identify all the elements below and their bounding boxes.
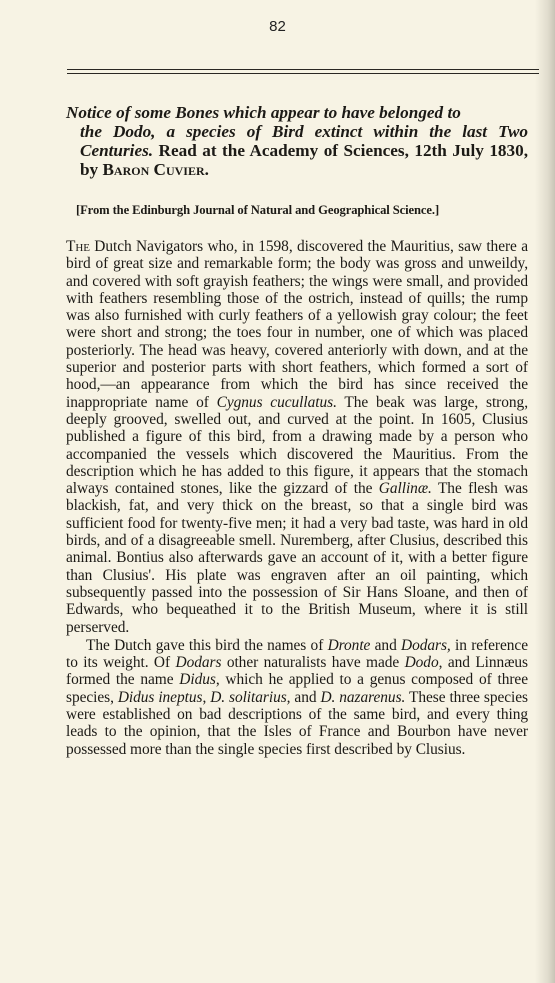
book-page: 82 Notice of some Bones which appear to …	[0, 0, 555, 983]
text-segment: Dodars,	[401, 637, 451, 654]
page-number: 82	[0, 18, 555, 35]
text-segment: The flesh was blackish, fat, and very th…	[66, 480, 528, 635]
article-title: Notice of some Bones which appear to hav…	[66, 103, 528, 179]
text-segment: Didus	[179, 671, 216, 688]
text-segment: Cygnus cucullatus.	[217, 394, 337, 411]
text-segment: The	[66, 238, 90, 255]
text-segment: Didus ineptus	[118, 689, 203, 706]
text-segment: Dodars	[176, 654, 222, 671]
text-segment: Dutch Navigators who, in 1598, discovere…	[66, 238, 528, 411]
header-rule-thick	[67, 69, 539, 70]
article-body: The Dutch Navigators who, in 1598, disco…	[66, 238, 528, 758]
author-name: Baron Cuvier.	[102, 160, 208, 179]
source-citation: [From the Edinburgh Journal of Natural a…	[76, 203, 536, 218]
paragraph-2: The Dutch gave this bird the names of Dr…	[66, 637, 528, 758]
text-segment: and	[290, 689, 320, 706]
header-rule-thin	[67, 73, 539, 74]
title-line-1: Notice of some Bones which appear to hav…	[66, 103, 528, 122]
text-segment: Dronte	[328, 637, 371, 654]
text-segment: Dodo	[405, 654, 439, 671]
text-segment: and	[370, 637, 401, 654]
title-continuation: the Dodo, a species of Bird extinct with…	[66, 122, 528, 179]
text-segment: D. solitarius,	[210, 689, 290, 706]
text-segment: Gallinæ.	[379, 480, 432, 497]
text-segment: The Dutch gave this bird the names of	[86, 637, 328, 654]
text-segment: D. nazarenus.	[320, 689, 405, 706]
paragraph-1: The Dutch Navigators who, in 1598, disco…	[66, 238, 528, 636]
text-segment: other naturalists have made	[221, 654, 404, 671]
